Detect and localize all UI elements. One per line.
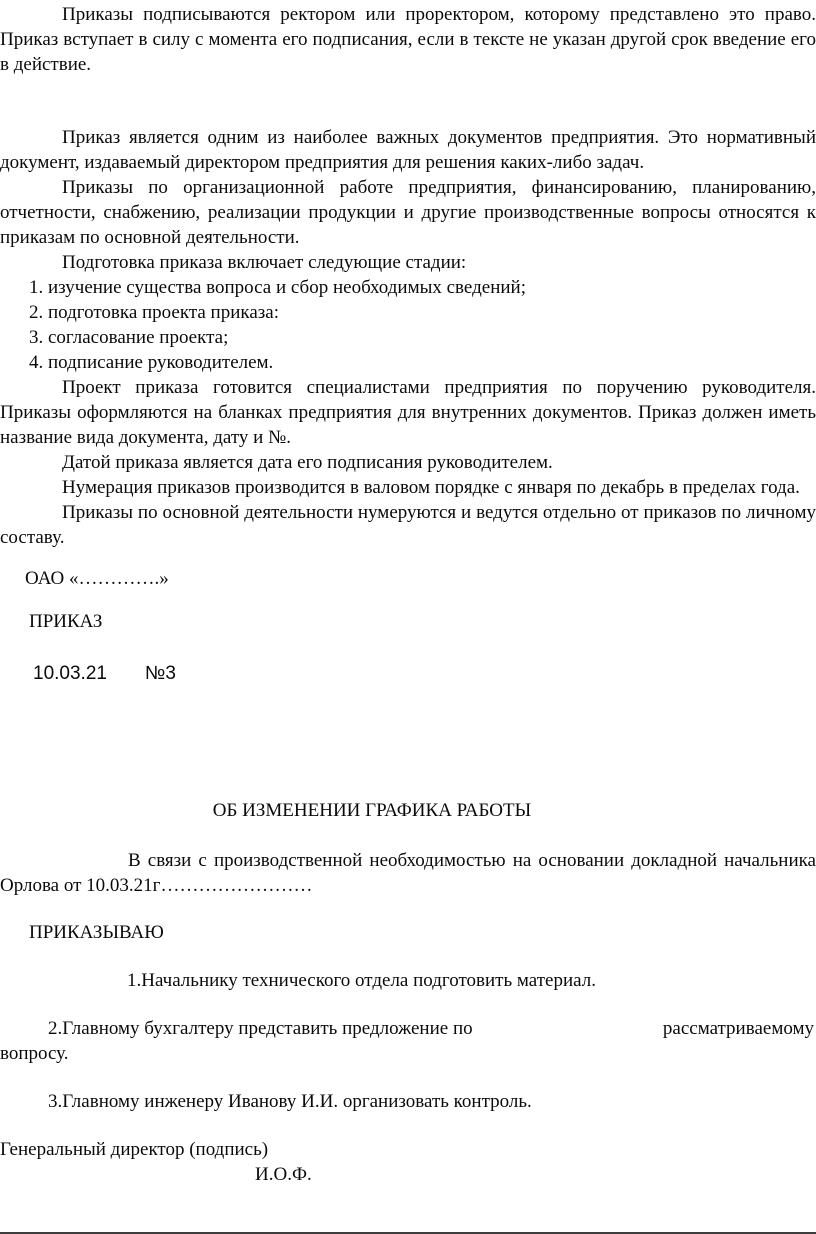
intro-paragraph-5: Датой приказа является дата его подписан… [0, 450, 816, 475]
order-doc-type: ПРИКАЗ [0, 609, 816, 634]
intro-paragraph-4: Проект приказа готовится специалистами п… [0, 375, 816, 450]
intro-paragraph-2: Приказ является одним из наиболее важных… [0, 125, 816, 175]
intro-paragraph-1: Приказы подписываются ректором или проре… [0, 2, 816, 77]
order-preamble: В связи с производственной необходимость… [0, 848, 816, 898]
order-item-1: 1.Начальнику технического отдела подгото… [0, 968, 816, 993]
intro-paragraph-3: Приказы по организационной работе предпр… [0, 175, 816, 250]
stage-item-3: 3. согласование проекта; [0, 325, 816, 350]
order-number: №3 [145, 663, 176, 684]
order-item-2-wrap: вопросу. [0, 1041, 816, 1066]
intro-paragraph-7: Приказы по основной деятельности нумерую… [0, 500, 816, 550]
stage-item-4: 4. подписание руководителем. [0, 350, 816, 375]
stages-intro: Подготовка приказа включает следующие ст… [0, 250, 816, 275]
order-title: ОБ ИЗМЕНЕНИИ ГРАФИКА РАБОТЫ [0, 798, 816, 823]
signature-line: Генеральный директор (подпись) [0, 1137, 816, 1162]
intro-paragraph-6: Нумерация приказов производится в валово… [0, 475, 816, 500]
order-item-2-lead: 2.Главному бухгалтеру представить предло… [48, 1016, 473, 1041]
stage-item-2: 2. подготовка проекта приказа: [0, 300, 816, 325]
order-company-name: ОАО «………….» [0, 566, 816, 591]
order-date-line: 10.03.21№3 [0, 661, 816, 686]
order-command-word: ПРИКАЗЫВАЮ [0, 920, 816, 945]
order-item-2-tail: рассматриваемому [663, 1016, 814, 1041]
order-item-2: 2.Главному бухгалтеру представить предло… [0, 1016, 816, 1066]
stage-item-1: 1. изучение существа вопроса и сбор необ… [0, 275, 816, 300]
order-date: 10.03.21 [33, 663, 107, 684]
signature-name: И.О.Ф. [0, 1162, 816, 1187]
document-page: Приказы подписываются ректором или проре… [0, 0, 816, 1234]
order-item-3: 3.Главному инженеру Иванову И.И. организ… [0, 1089, 816, 1114]
